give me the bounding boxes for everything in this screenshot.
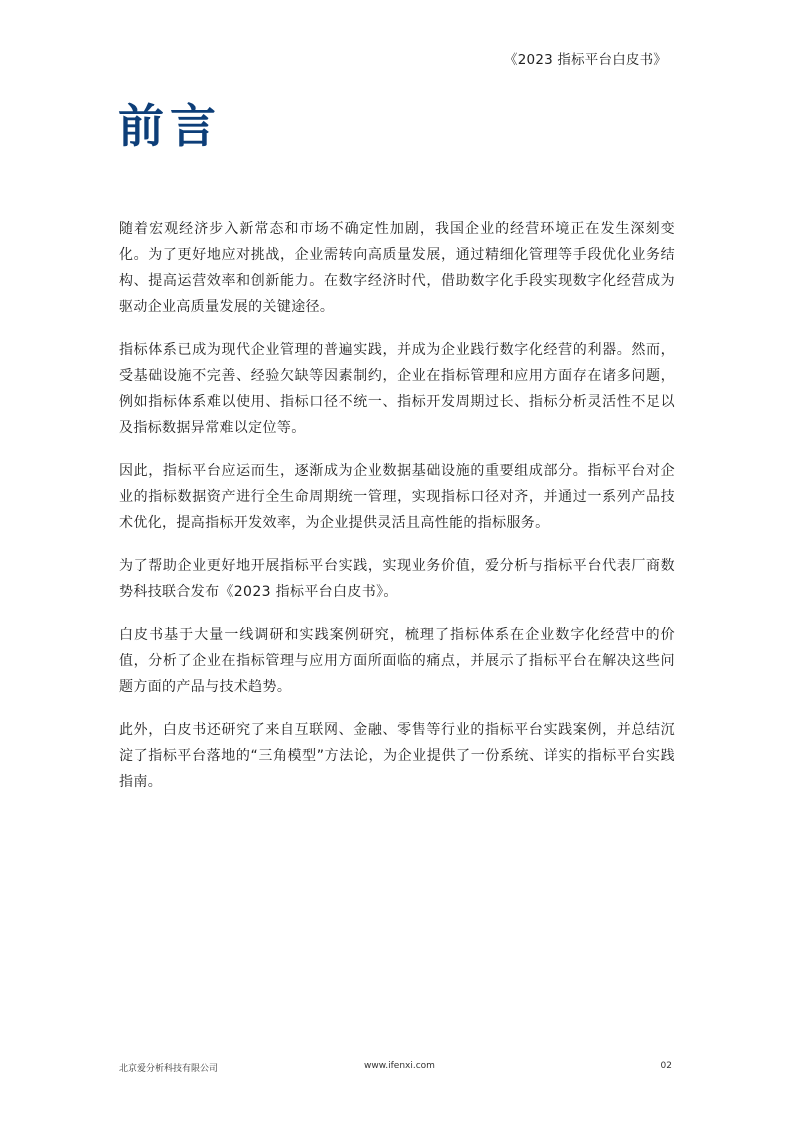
paragraph-3: 因此，指标平台应运而生，逐渐成为企业数据基础设施的重要组成部分。指标平台对企业的… <box>119 458 675 536</box>
paragraph-4: 为了帮助企业更好地开展指标平台实践，实现业务价值，爱分析与指标平台代表厂商数势科… <box>119 553 675 605</box>
paragraph-2: 指标体系已成为现代企业管理的普遍实践，并成为企业践行数字化经营的利器。然而，受基… <box>119 337 675 441</box>
footer-page-number: 02 <box>661 1061 672 1071</box>
page-title: 前言 <box>118 96 222 156</box>
paragraph-1: 随着宏观经济步入新常态和市场不确定性加剧，我国企业的经营环境正在发生深刻变化。为… <box>119 216 675 320</box>
body-text: 随着宏观经济步入新常态和市场不确定性加剧，我国企业的经营环境正在发生深刻变化。为… <box>119 216 675 812</box>
paragraph-6: 此外，白皮书还研究了来自互联网、金融、零售等行业的指标平台实践案例，并总结沉淀了… <box>119 717 675 795</box>
page-footer: 北京爱分析科技有限公司 www.ifenxi.com 02 <box>119 1061 672 1077</box>
paragraph-5: 白皮书基于大量一线调研和实践案例研究，梳理了指标体系在企业数字化经营中的价值，分… <box>119 622 675 700</box>
footer-website: www.ifenxi.com <box>364 1061 435 1071</box>
running-header-title: 《2023 指标平台白皮书》 <box>504 48 667 68</box>
footer-company-name: 北京爱分析科技有限公司 <box>119 1061 218 1074</box>
